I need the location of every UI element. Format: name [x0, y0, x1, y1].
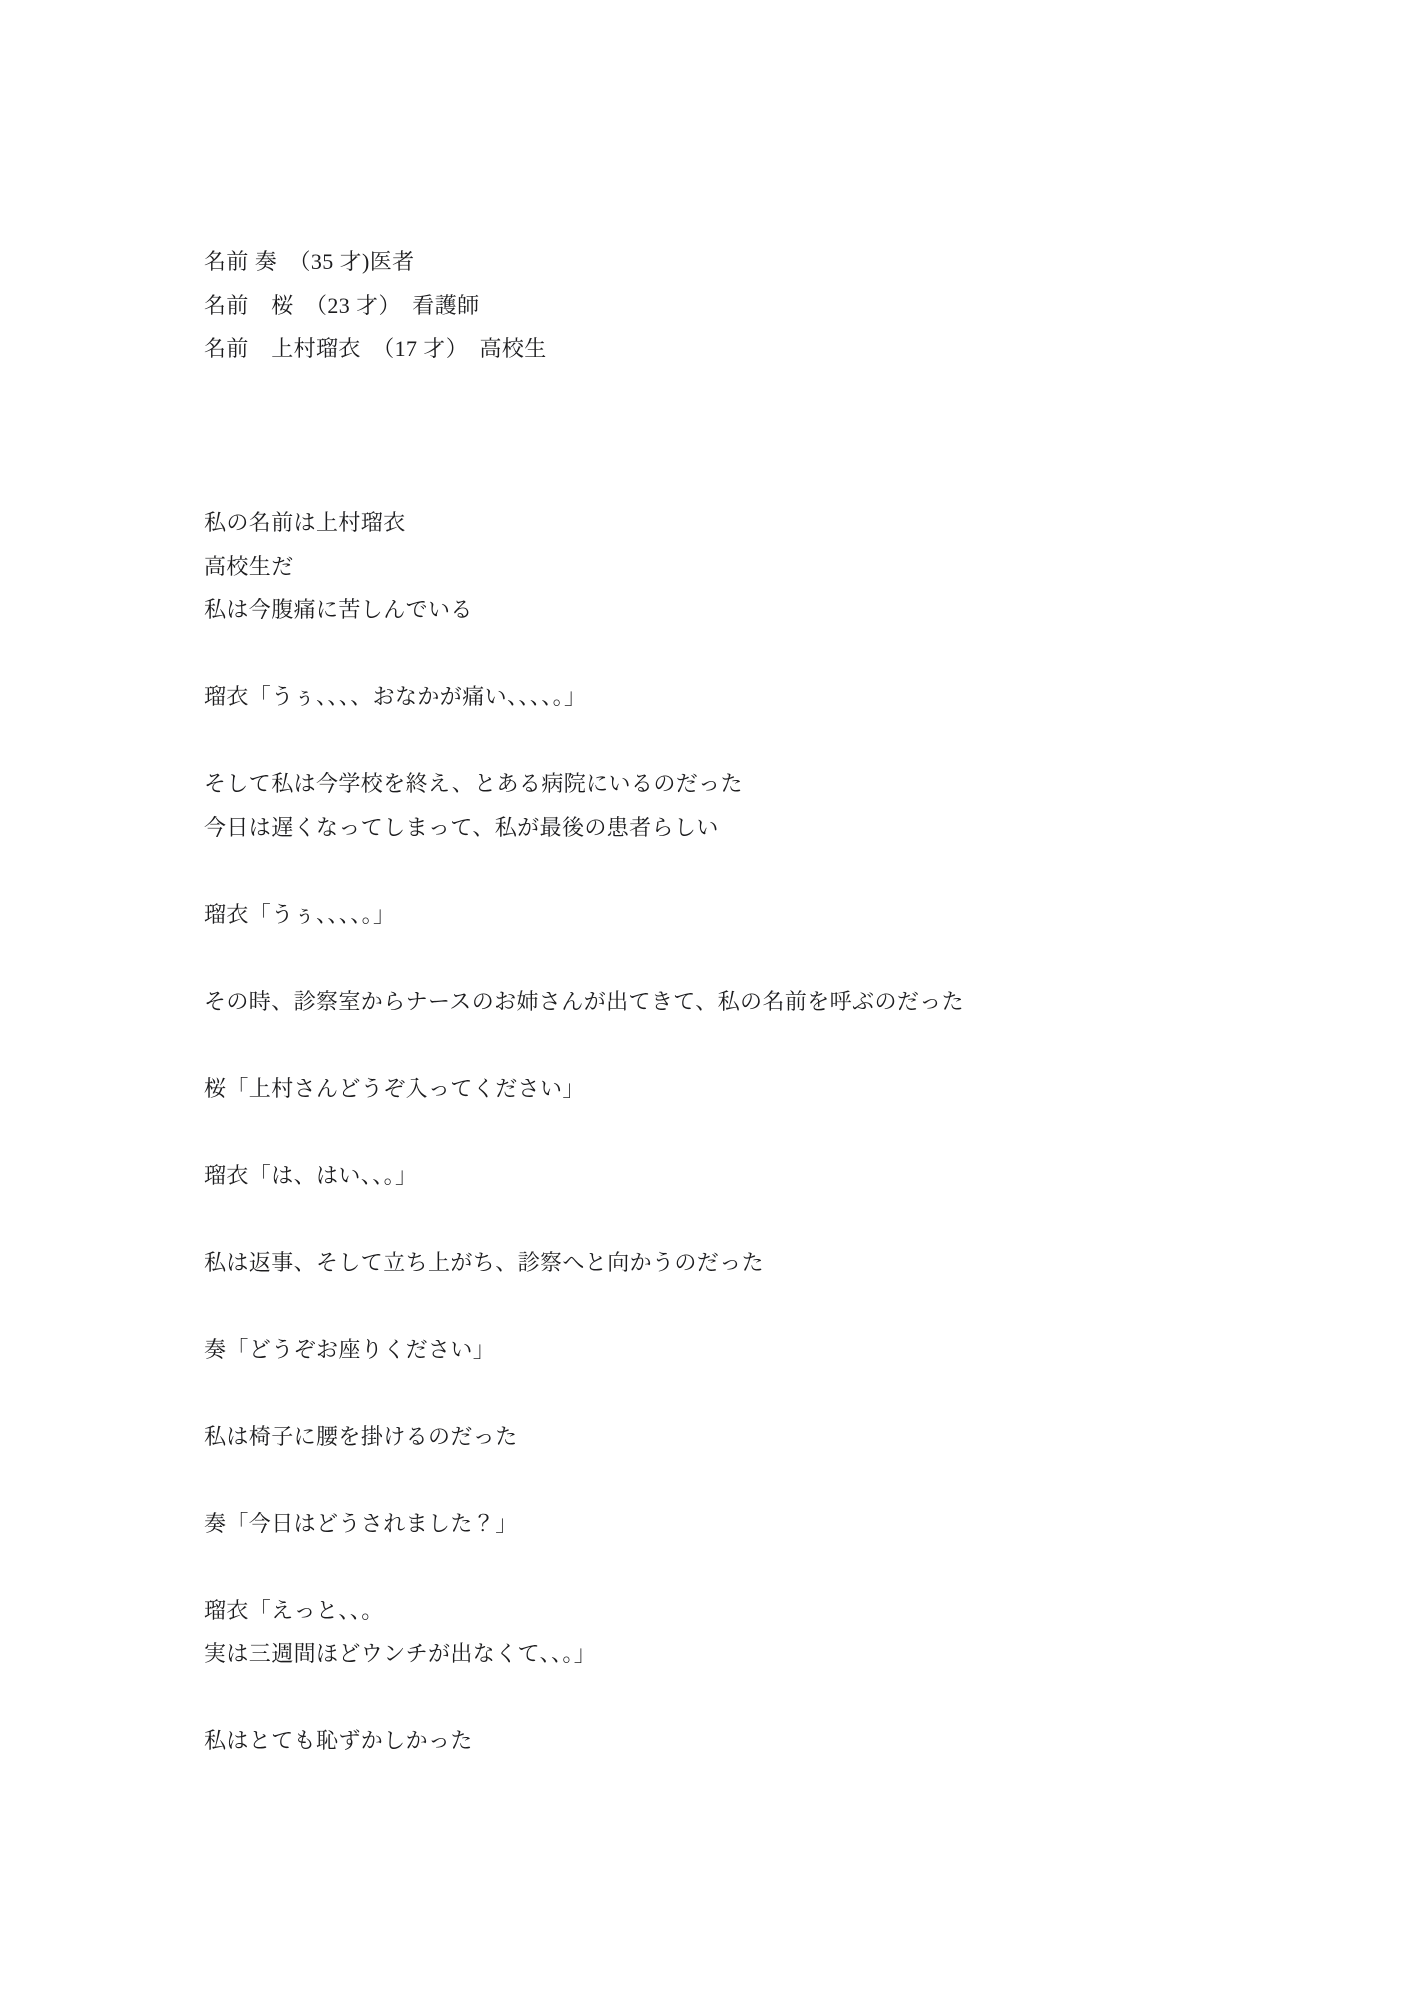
- blank-line: [204, 849, 1264, 893]
- document-page: 名前 奏 （35 才)医者名前 桜 （23 才） 看護師名前 上村瑠衣 （17 …: [0, 0, 1414, 2000]
- text-line: 瑠衣「うぅ、、、、。」: [204, 893, 1264, 937]
- blank-line: [204, 458, 1264, 502]
- text-line: 実は三週間ほどウンチが出なくて、、。」: [204, 1632, 1264, 1676]
- text-line: 名前 奏 （35 才)医者: [204, 240, 1264, 284]
- blank-line: [204, 1458, 1264, 1502]
- blank-line: [204, 719, 1264, 763]
- blank-line: [204, 936, 1264, 980]
- blank-line: [204, 1676, 1264, 1720]
- blank-line: [204, 414, 1264, 458]
- text-line: 瑠衣「は、はい、、。」: [204, 1154, 1264, 1198]
- blank-line: [204, 371, 1264, 415]
- text-line: 私の名前は上村瑠衣: [204, 501, 1264, 545]
- document-body: 名前 奏 （35 才)医者名前 桜 （23 才） 看護師名前 上村瑠衣 （17 …: [204, 240, 1264, 1763]
- text-line: 奏「どうぞお座りください」: [204, 1328, 1264, 1372]
- text-line: その時、診察室からナースのお姉さんが出てきて、私の名前を呼ぶのだった: [204, 980, 1264, 1024]
- blank-line: [204, 1545, 1264, 1589]
- text-line: 今日は遅くなってしまって、私が最後の患者らしい: [204, 806, 1264, 850]
- blank-line: [204, 632, 1264, 676]
- text-line: 名前 桜 （23 才） 看護師: [204, 284, 1264, 328]
- text-line: 瑠衣「うぅ、、、、おなかが痛い、、、、。」: [204, 675, 1264, 719]
- text-line: 高校生だ: [204, 545, 1264, 589]
- text-line: 私は今腹痛に苦しんでいる: [204, 588, 1264, 632]
- blank-line: [204, 1371, 1264, 1415]
- blank-line: [204, 1284, 1264, 1328]
- blank-line: [204, 1197, 1264, 1241]
- blank-line: [204, 1110, 1264, 1154]
- text-line: 私は椅子に腰を掛けるのだった: [204, 1415, 1264, 1459]
- text-line: そして私は今学校を終え、とある病院にいるのだった: [204, 762, 1264, 806]
- text-line: 桜「上村さんどうぞ入ってください」: [204, 1067, 1264, 1111]
- blank-line: [204, 1023, 1264, 1067]
- text-line: 私は返事、そして立ち上がち、診察へと向かうのだった: [204, 1241, 1264, 1285]
- text-line: 奏「今日はどうされました？」: [204, 1502, 1264, 1546]
- text-line: 私はとても恥ずかしかった: [204, 1719, 1264, 1763]
- text-line: 瑠衣「えっと、、。: [204, 1589, 1264, 1633]
- text-line: 名前 上村瑠衣 （17 才） 高校生: [204, 327, 1264, 371]
